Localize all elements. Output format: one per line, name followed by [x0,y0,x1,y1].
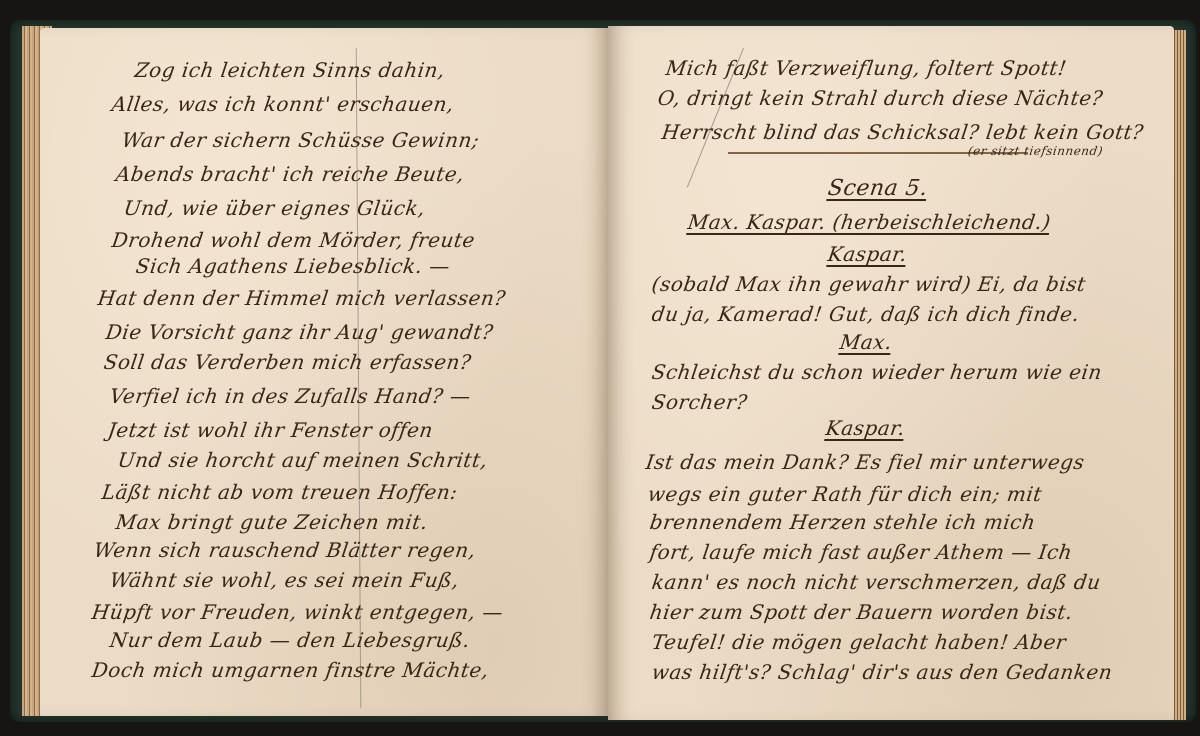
scene-heading: Scena 5. [826,176,929,201]
stage-direction: (er sitzt tiefsinnend) [967,144,1104,158]
text-line: Hüpft vor Freuden, winkt entgegen, — [90,600,504,624]
text-line: Und sie horcht auf meinen Schritt, [116,448,489,472]
text-line: brennendem Herzen stehle ich mich [648,510,1037,534]
right-page: Mich faßt Verzweiflung, foltert Spott! O… [608,26,1174,720]
text-line: War der sichern Schüsse Gewinn; [120,128,481,152]
speaker-name: Kaspar. [824,416,906,440]
text-line: Nur dem Laub — den Liebesgruß. [108,628,471,652]
page-edges-right [1172,30,1186,720]
text-line: Teufel! die mögen gelacht haben! Aber [650,630,1067,654]
speaker-name: Max. [838,330,893,354]
text-line: Hat denn der Himmel mich verlassen? [96,286,507,310]
text-line: Wenn sich rauschend Blätter regen, [92,538,477,562]
text-line: Abends bracht' ich reiche Beute, [114,162,466,186]
text-line: hier zum Spott der Bauern worden bist. [648,600,1074,624]
text-line: fort, laufe mich fast außer Athem — Ich [648,540,1074,564]
left-page: Zog ich leichten Sinns dahin, Alles, was… [40,28,608,716]
text-line: wegs ein guter Rath für dich ein; mit [646,482,1043,506]
text-line: O, dringt kein Strahl durch diese Nächte… [656,86,1104,110]
text-line: Jetzt ist wohl ihr Fenster offen [106,418,434,442]
text-line: Sorcher? [650,390,749,414]
text-line: kann' es noch nicht verschmerzen, daß du [650,570,1102,594]
text-line: Die Vorsicht ganz ihr Aug' gewandt? [104,320,495,344]
text-line: Alles, was ich konnt' erschauen, [110,92,455,116]
text-line: (sobald Max ihn gewahr wird) Ei, da bist [650,272,1087,296]
text-line: Verfiel ich in des Zufalls Hand? — [108,384,472,408]
text-line: Ist das mein Dank? Es fiel mir unterwegs [644,450,1086,474]
text-line: du ja, Kamerad! Gut, daß ich dich finde. [650,302,1081,326]
text-line: Läßt nicht ab vom treuen Hoffen: [100,480,459,504]
text-line: was hilft's? Schlag' dir's aus den Gedan… [650,660,1114,684]
text-line: Max bringt gute Zeichen mit. [114,510,429,534]
cast-line: Max. Kaspar. (herbeischleichend.) [686,210,1052,234]
text-line: Doch mich umgarnen finstre Mächte, [90,658,490,682]
text-line: Drohend wohl dem Mörder, freute [110,228,476,252]
text-line: Sich Agathens Liebesblick. — [134,254,451,278]
text-line: Herrscht blind das Schicksal? lebt kein … [660,120,1145,144]
text-line: Soll das Verderben mich erfassen? [102,350,473,374]
text-line: Zog ich leichten Sinns dahin, [133,58,446,82]
text-line: Mich faßt Verzweiflung, foltert Spott! [664,56,1068,80]
text-line: Wähnt sie wohl, es sei mein Fuß, [108,568,460,592]
text-line: Und, wie über eignes Glück, [122,196,427,220]
speaker-name: Kaspar. [826,242,908,266]
text-line: Schleichst du schon wieder herum wie ein [650,360,1103,384]
